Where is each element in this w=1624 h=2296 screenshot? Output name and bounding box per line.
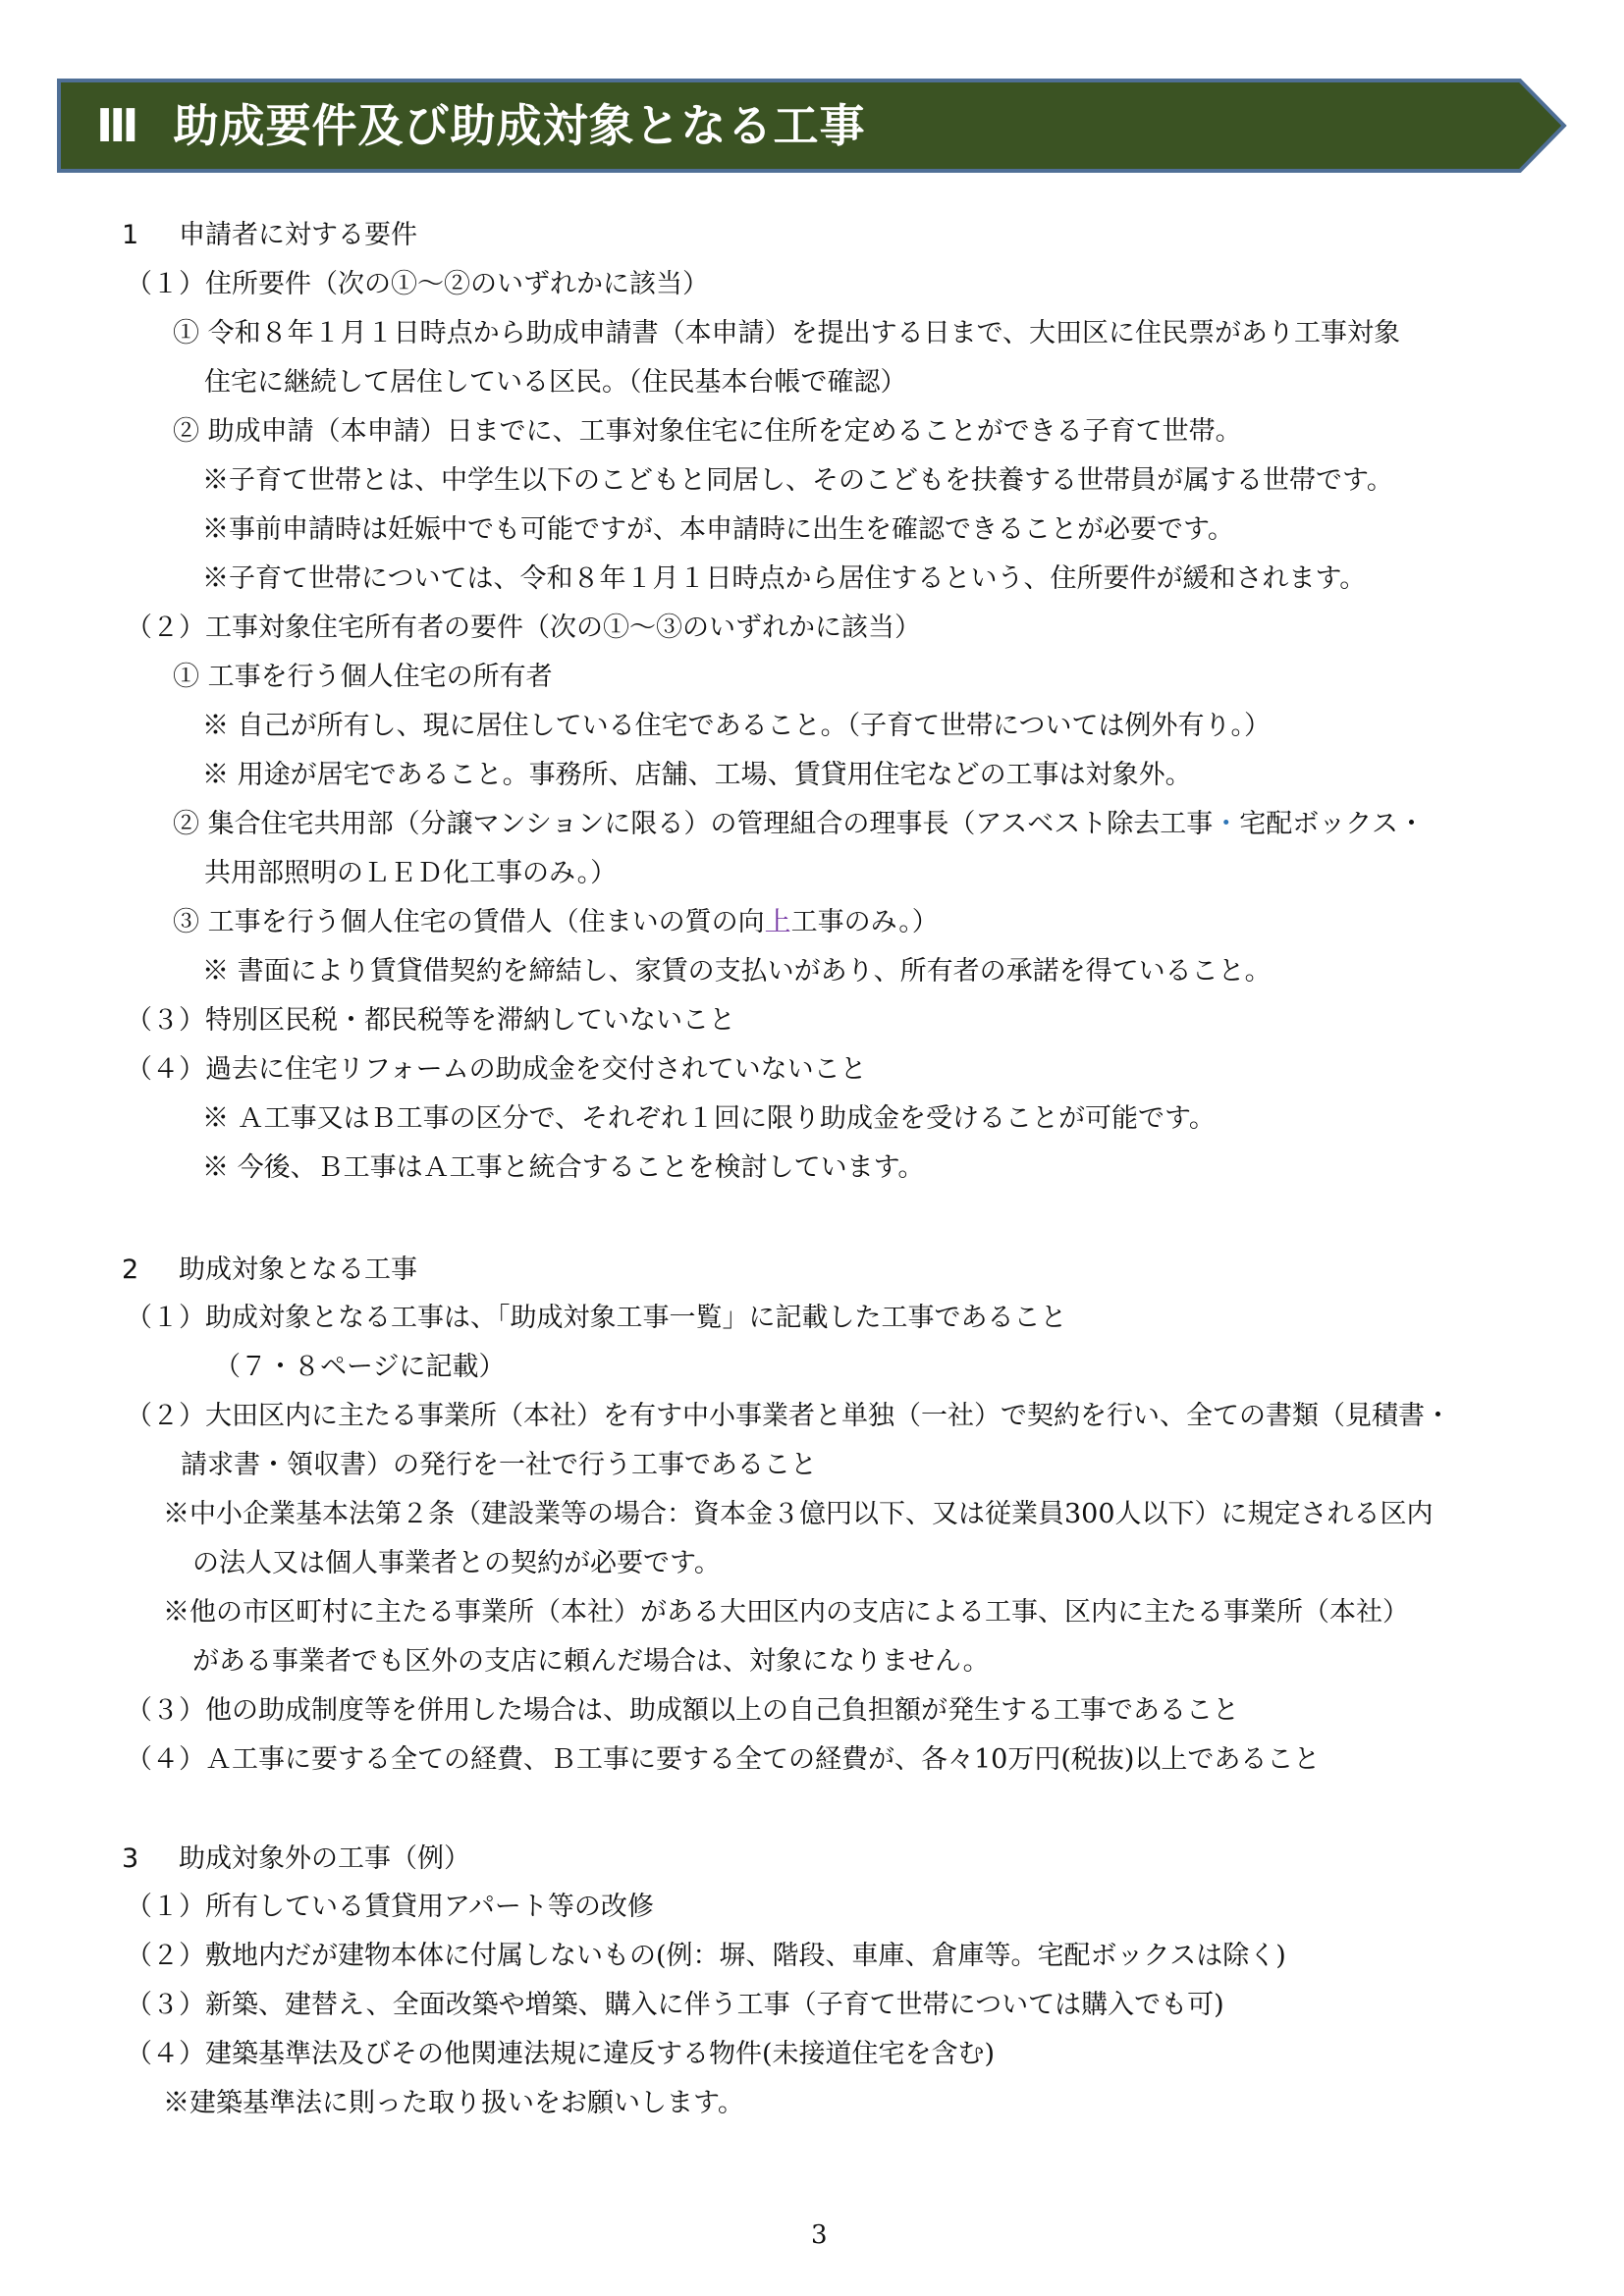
list-item: ① 工事を行う個人住宅の所有者 (173, 660, 553, 695)
note-item: ※ Ａ工事又はＢ工事の区分で、それぞれ１回に限り助成金を受けることが可能です。 (202, 1101, 1216, 1137)
note-item: ※ 書面により賃貸借契約を締結し、家賃の支払いがあり、所有者の承諾を得ていること… (202, 954, 1272, 989)
list-item: （２）工事対象住宅所有者の要件（次の①～③のいずれかに該当） (126, 611, 921, 646)
list-item-continuation: （７・８ページに記載） (214, 1350, 505, 1385)
list-item: （２）敷地内だが建物本体に付属しないもの(例：塀、階段、車庫、倉庫等。宅配ボック… (126, 1939, 1286, 1974)
list-item: （１）助成対象となる工事は、「助成対象工事一覧」に記載した工事であること (126, 1301, 1067, 1336)
note-item: ※ 今後、Ｂ工事はＡ工事と統合することを検討しています。 (202, 1150, 924, 1186)
text-segment: ② 集合住宅共用部（分譲マンションに限る）の管理組合の理事長（アスベスト除去工事 (173, 809, 1213, 839)
list-item: （１）住所要件（次の①～②のいずれかに該当） (126, 267, 709, 302)
section-title: 申請者に対する要件 (179, 220, 417, 250)
note-item: ※中小企業基本法第２条（建設業等の場合：資本金３億円以下、又は従業員300人以下… (163, 1497, 1434, 1532)
section-banner: Ⅲ助成要件及び助成対象となる工事 (57, 79, 1569, 173)
text-segment: 工事のみ。） (791, 907, 939, 937)
section-title: 助成対象となる工事 (179, 1255, 417, 1285)
list-item: （３）新築、建替え、全面改築や増築、購入に伴う工事（子育て世帯については購入でも… (126, 1988, 1224, 2023)
page-number: 3 (811, 2220, 828, 2250)
note-item: ※ 用途が居宅であること。事務所、店舗、工場、賃貸用住宅などの工事は対象外。 (202, 758, 1192, 793)
list-item: ① 令和８年１月１日時点から助成申請書（本申請）を提出する日まで、大田区に住民票… (173, 316, 1400, 351)
list-item-continuation: 共用部照明のＬＥＤ化工事のみ。） (204, 856, 617, 891)
separator-dot: ・ (1213, 809, 1239, 839)
list-item: ② 助成申請（本申請）日までに、工事対象住宅に住所を定めることができる子育て世帯… (173, 414, 1242, 450)
note-item: ※他の市区町村に主たる事業所（本社）がある大田区内の支店による工事、区内に主たる… (163, 1595, 1409, 1630)
section-heading-1: 1申請者に対する要件 (122, 218, 417, 253)
section-number: 3 (122, 1842, 179, 1877)
note-item-continuation: がある事業者でも区外の支店に頼んだ場合は、対象になりません。 (192, 1644, 990, 1680)
list-item: （４）建築基準法及びその他関連法規に違反する物件(未接道住宅を含む) (126, 2037, 995, 2072)
list-item: （４）過去に住宅リフォームの助成金を交付されていないこと (126, 1052, 867, 1088)
list-item: （４）Ａ工事に要する全ての経費、Ｂ工事に要する全ての経費が、各々10万円(税抜)… (126, 1742, 1320, 1778)
text-segment: 宅配ボックス・ (1239, 809, 1425, 839)
list-item: （３）特別区民税・都民税等を滞納していないこと (126, 1003, 735, 1039)
text-segment: ③ 工事を行う個人住宅の賃借人（住まいの質の向 (173, 907, 765, 937)
chapter-number: Ⅲ (96, 99, 139, 152)
section-heading-3: 3助成対象外の工事（例） (122, 1842, 470, 1877)
chapter-title: 助成要件及び助成対象となる工事 (173, 99, 865, 152)
section-title: 助成対象外の工事（例） (179, 1843, 470, 1874)
list-item-continuation: 住宅に継続して居住している区民。（住民基本台帳で確認） (204, 365, 907, 400)
note-item-continuation: の法人又は個人事業者との契約が必要です。 (192, 1546, 721, 1581)
list-item: （１）所有している賃貸用アパート等の改修 (126, 1890, 654, 1925)
list-item: （３）他の助成制度等を併用した場合は、助成額以上の自己負担額が発生する工事である… (126, 1693, 1239, 1729)
list-item-continuation: 請求書・領収書）の発行を一社で行う工事であること (181, 1448, 817, 1483)
page-title: Ⅲ助成要件及び助成対象となる工事 (96, 79, 865, 173)
note-item: ※事前申請時は妊娠中でも可能ですが、本申請時に出生を確認できることが必要です。 (202, 512, 1234, 548)
highlighted-char: 上 (765, 907, 791, 937)
section-heading-2: 2助成対象となる工事 (122, 1253, 417, 1288)
note-item: ※建築基準法に則った取り扱いをお願いします。 (163, 2086, 744, 2121)
section-number: 2 (122, 1253, 179, 1288)
list-item: ② 集合住宅共用部（分譲マンションに限る）の管理組合の理事長（アスベスト除去工事… (173, 807, 1425, 842)
note-item: ※子育て世帯については、令和８年１月１日時点から居住するという、住所要件が緩和さ… (202, 561, 1366, 597)
list-item: ③ 工事を行う個人住宅の賃借人（住まいの質の向上工事のみ。） (173, 905, 939, 940)
section-number: 1 (122, 218, 179, 253)
note-item: ※子育て世帯とは、中学生以下のこどもと同居し、そのこどもを扶養する世帯員が属する… (202, 463, 1393, 499)
list-item: （２）大田区内に主たる事業所（本社）を有す中小事業者と単独（一社）で契約を行い、… (126, 1399, 1451, 1434)
note-item: ※ 自己が所有し、現に居住している住宅であること。（子育て世帯については例外有り… (202, 709, 1271, 744)
